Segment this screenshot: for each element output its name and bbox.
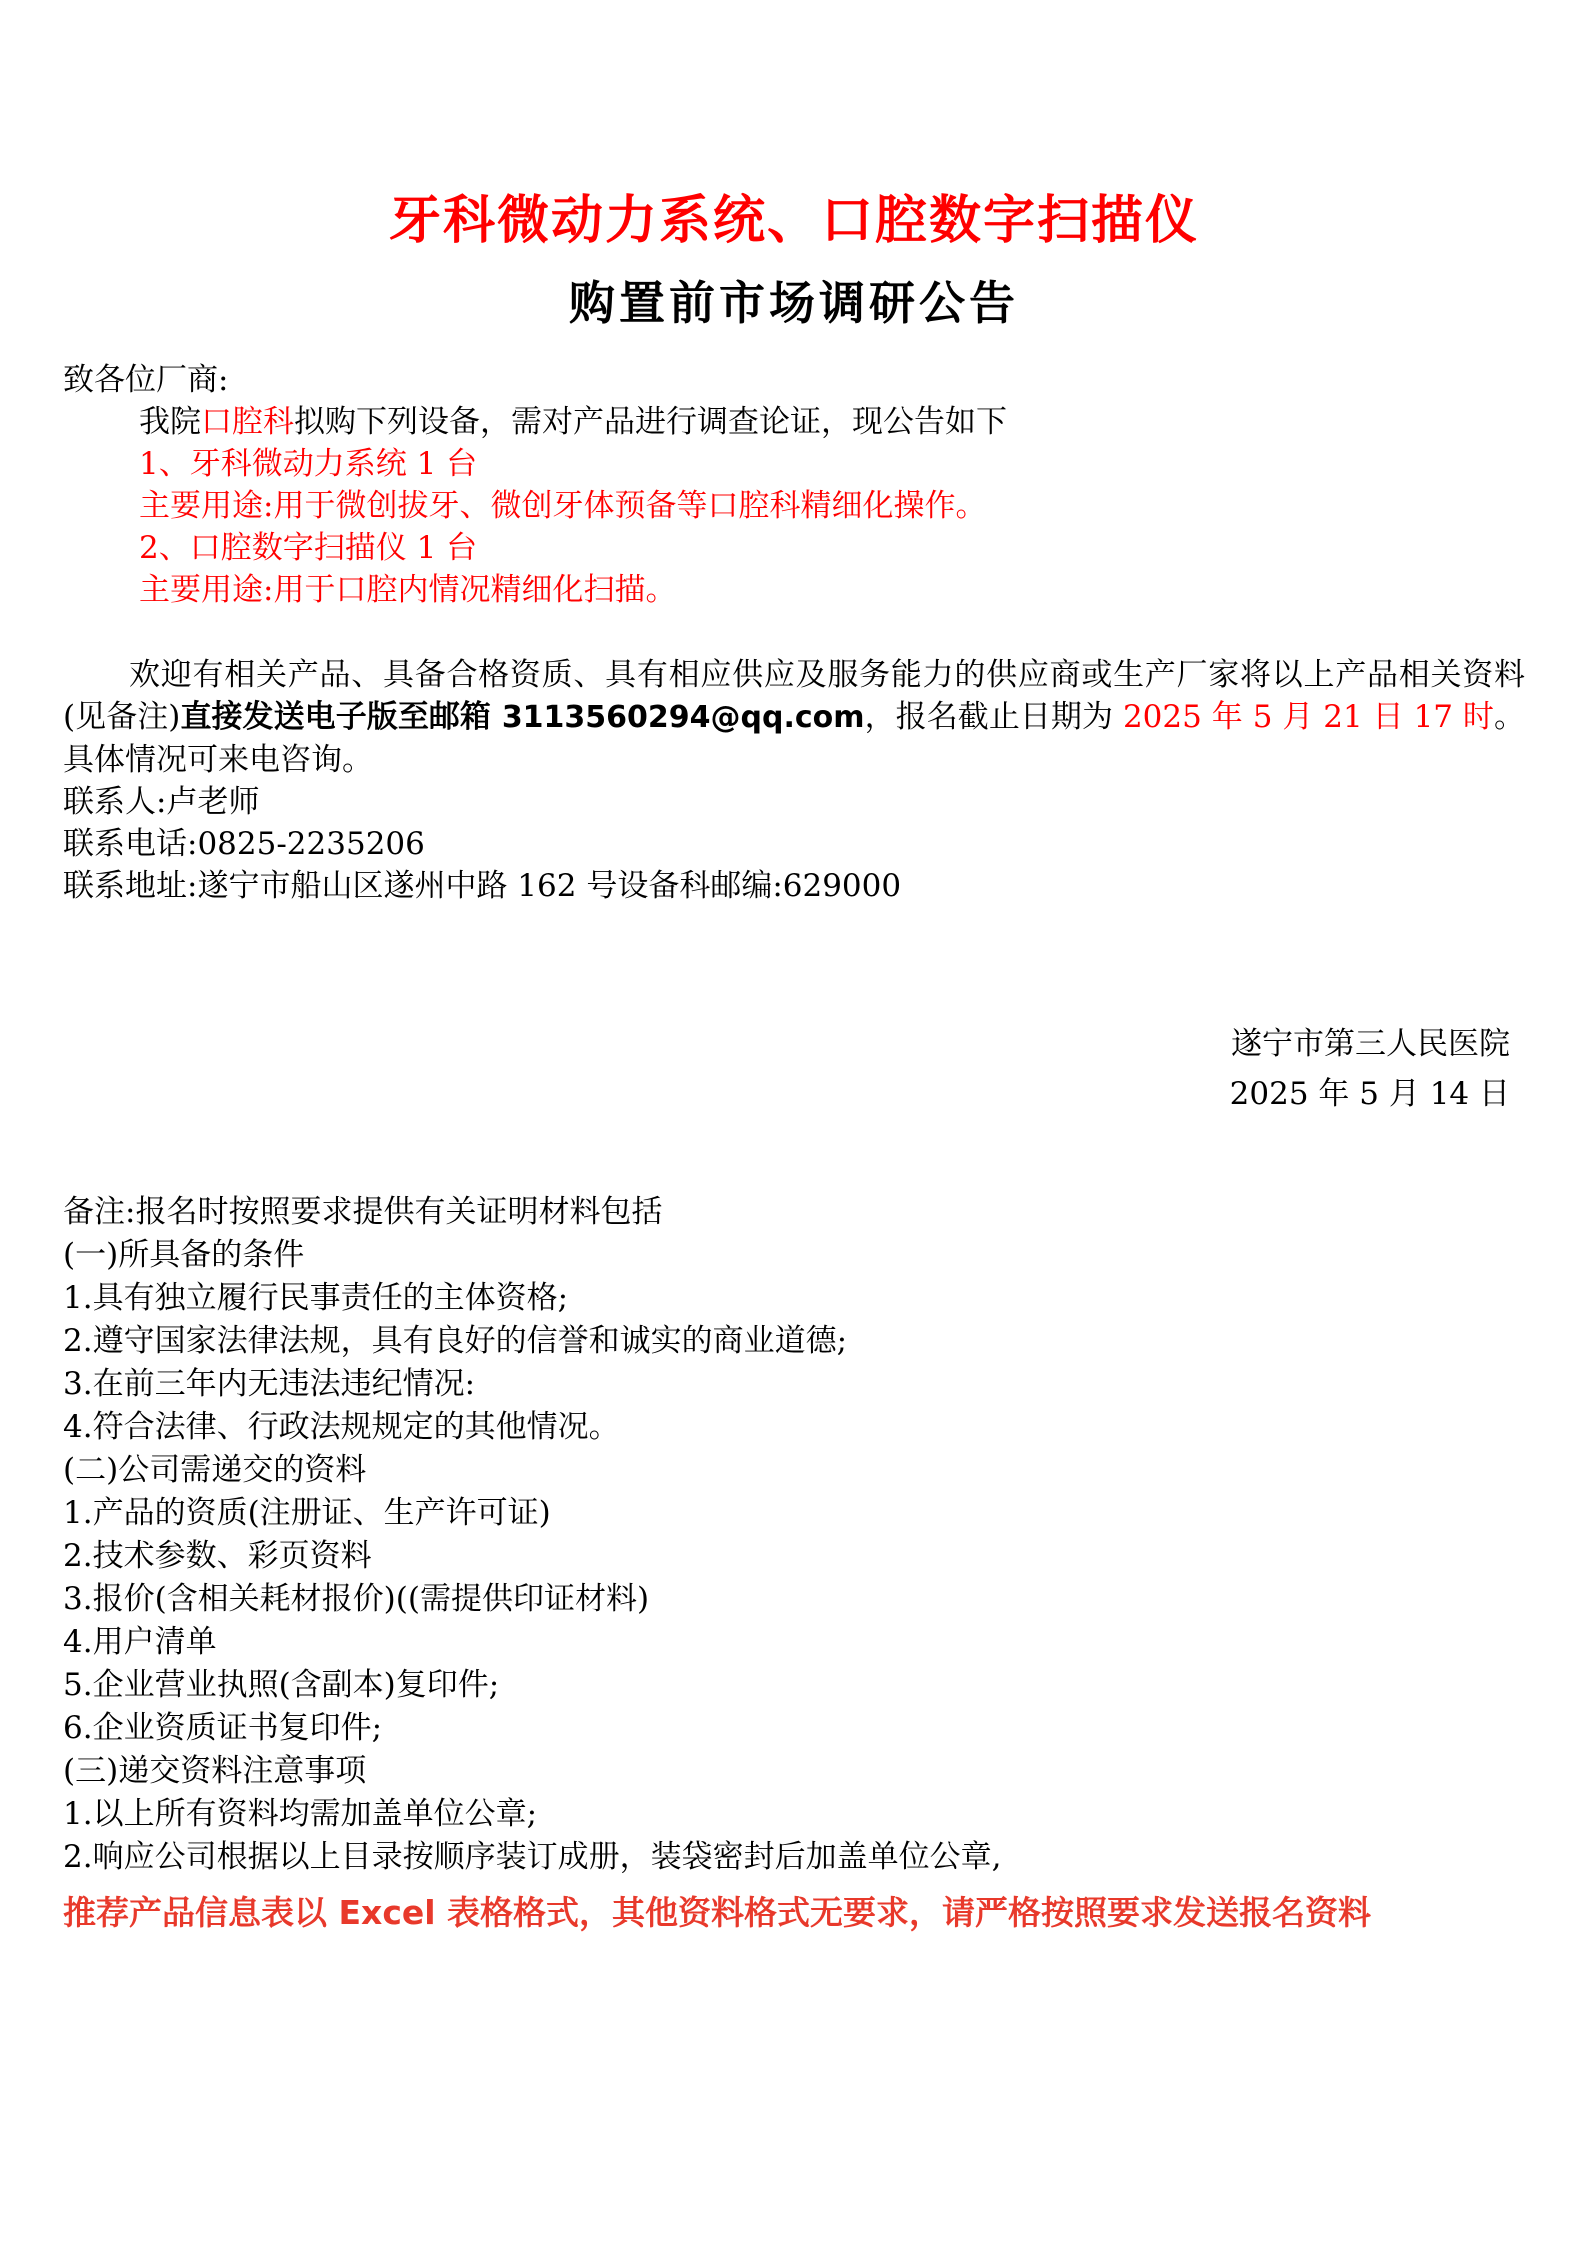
document-page: 牙科微动力系统、口腔数字扫描仪 购置前市场调研公告 致各位厂商: 我院口腔科拟购…	[0, 0, 1587, 2245]
note-line: 3.在前三年内无违法违纪情况:	[63, 1363, 1525, 1406]
intro-line: 我院口腔科拟购下列设备，需对产品进行调查论证，现公告如下	[63, 401, 1525, 443]
signature-block: 遂宁市第三人民医院 2025 年 5 月 14 日	[63, 1023, 1525, 1115]
document-subtitle: 购置前市场调研公告	[63, 276, 1525, 331]
note-line: 2.遵守国家法律法规，具有良好的信誉和诚实的商业道德;	[63, 1320, 1525, 1363]
note-line: (一)所具备的条件	[63, 1234, 1525, 1277]
note-line: 3.报价(含相关耗材报价)((需提供印证材料)	[63, 1578, 1525, 1621]
item-2-purpose: 主要用途:用于口腔内情况精细化扫描。	[63, 569, 1525, 611]
contact-phone-line: 联系电话:0825-2235206	[63, 823, 1525, 865]
deadline-red: 2025 年 5 月 21 日 17 时	[1123, 699, 1494, 735]
intro-department-red: 口腔科	[201, 404, 294, 440]
contact-address-line: 联系地址:遂宁市船山区遂州中路 162 号设备科邮编:629000	[63, 865, 1525, 907]
notes-section: 备注:报名时按照要求提供有关证明材料包括 (一)所具备的条件 1.具有独立履行民…	[63, 1191, 1525, 1879]
item-1-heading: 1、牙科微动力系统 1 台	[63, 443, 1525, 485]
signature-organization: 遂宁市第三人民医院	[63, 1023, 1510, 1065]
note-line: 4.符合法律、行政法规规定的其他情况。	[63, 1406, 1525, 1449]
welcome-send-bold: 直接发送电子版至邮箱	[180, 699, 501, 735]
note-line: 备注:报名时按照要求提供有关证明材料包括	[63, 1191, 1525, 1234]
footer-notice-red: 推荐产品信息表以 Excel 表格格式，其他资料格式无要求，请严格按照要求发送报…	[63, 1891, 1525, 1935]
welcome-part2: ，报名截止日期为	[865, 699, 1123, 735]
signature-date: 2025 年 5 月 14 日	[63, 1073, 1510, 1115]
email-address: 3113560294@qq.com	[502, 700, 865, 735]
note-line: 2.响应公司根据以上目录按顺序装订成册，装袋密封后加盖单位公章,	[63, 1836, 1525, 1879]
note-line: (二)公司需递交的资料	[63, 1449, 1525, 1492]
note-line: 2.技术参数、彩页资料	[63, 1535, 1525, 1578]
welcome-paragraph: 欢迎有相关产品、具备合格资质、具有相应供应及服务能力的供应商或生产厂家将以上产品…	[63, 654, 1525, 781]
note-line: 4.用户清单	[63, 1621, 1525, 1664]
note-line: 5.企业营业执照(含副本)复印件;	[63, 1664, 1525, 1707]
note-line: (三)递交资料注意事项	[63, 1750, 1525, 1793]
document-title-red: 牙科微动力系统、口腔数字扫描仪	[63, 190, 1525, 252]
salutation-line: 致各位厂商:	[63, 359, 1525, 401]
intro-post: 拟购下列设备，需对产品进行调查论证，现公告如下	[294, 404, 1007, 440]
item-2-heading: 2、口腔数字扫描仪 1 台	[63, 527, 1525, 569]
item-1-purpose: 主要用途:用于微创拔牙、微创牙体预备等口腔科精细化操作。	[63, 485, 1525, 527]
note-line: 1.具有独立履行民事责任的主体资格;	[63, 1277, 1525, 1320]
note-line: 6.企业资质证书复印件;	[63, 1707, 1525, 1750]
document-content: 牙科微动力系统、口腔数字扫描仪 购置前市场调研公告 致各位厂商: 我院口腔科拟购…	[0, 190, 1587, 1935]
intro-pre: 我院	[139, 404, 201, 440]
note-line: 1.产品的资质(注册证、生产许可证)	[63, 1492, 1525, 1535]
note-line: 1.以上所有资料均需加盖单位公章;	[63, 1793, 1525, 1836]
contact-person-line: 联系人:卢老师	[63, 781, 1525, 823]
